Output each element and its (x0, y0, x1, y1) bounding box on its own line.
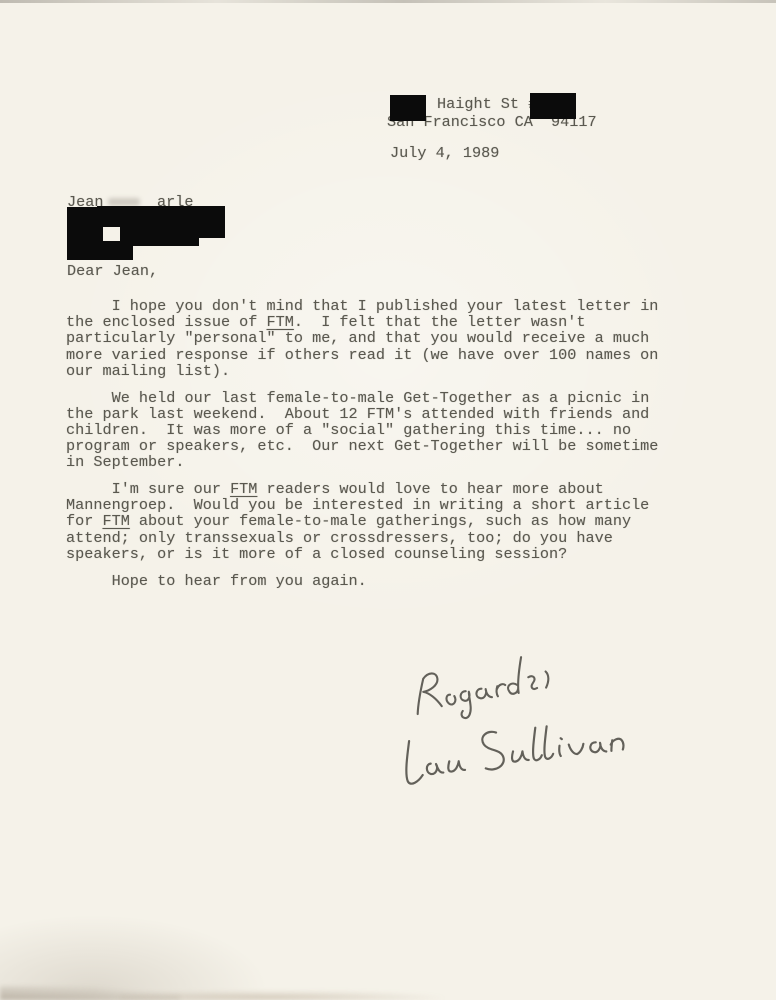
body-paragraph: We held our last female-to-male Get-Toge… (66, 390, 706, 471)
body-text: We held our last female-to-male Get-Toge… (66, 389, 658, 472)
redaction-blob-notch (103, 227, 120, 241)
redaction-blob-address (198, 206, 225, 238)
redaction-box-apartment-number (530, 93, 576, 119)
sender-street-line: Haight St # (437, 96, 537, 112)
signature-name-stroke (402, 715, 625, 784)
redaction-blob-address (67, 222, 199, 246)
handwritten-signature (388, 642, 668, 792)
body-text: about your female-to-male gatherings, su… (66, 512, 631, 562)
recipient-name-faded-text (108, 198, 140, 206)
letter-page: Haight St # San Francisco CA 94117 July … (0, 0, 776, 1000)
scan-smudge-bottom-left (0, 986, 180, 1000)
redaction-box-street-number (390, 95, 426, 121)
signature-closing-stroke (411, 653, 552, 725)
letter-body: I hope you don't mind that I published y… (66, 298, 706, 599)
body-paragraph: Hope to hear from you again. (66, 573, 706, 589)
salutation: Dear Jean, (67, 263, 158, 279)
body-paragraph: I'm sure our FTM readers would love to h… (66, 481, 706, 562)
signature-closing-script (411, 653, 552, 725)
body-paragraph: I hope you don't mind that I published y… (66, 298, 706, 379)
signature-name-script (402, 715, 625, 784)
date-line: July 4, 1989 (390, 145, 499, 161)
body-text: Hope to hear from you again. (66, 572, 367, 590)
scan-edge-top (0, 0, 776, 3)
redaction-blob-address (67, 244, 133, 260)
